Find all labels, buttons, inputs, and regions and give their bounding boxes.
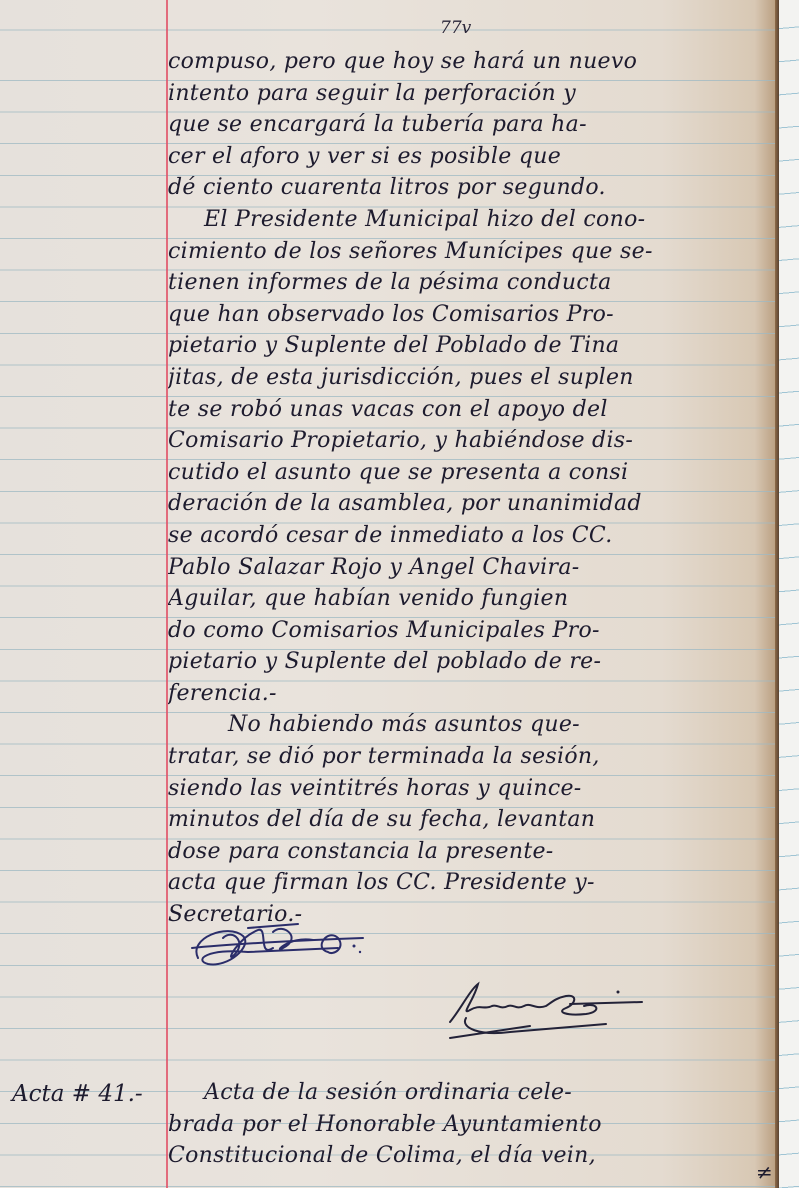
signature-presidente bbox=[188, 918, 378, 974]
text-line: cimiento de los señores Munícipes que se… bbox=[168, 236, 773, 268]
notebook-page: 77v compuso, pero que hoy se hará un nue… bbox=[0, 0, 778, 1188]
paragraph-start-line: El Presidente Municipal hizo del cono- bbox=[168, 204, 773, 236]
text-line: que se encargará la tubería para ha- bbox=[168, 109, 773, 141]
minutes-body: compuso, pero que hoy se hará un nuevo i… bbox=[168, 46, 773, 931]
text-line: te se robó unas vacas con el apoyo del bbox=[168, 394, 773, 426]
text-line: pietario y Suplente del Poblado de Tina bbox=[168, 330, 773, 362]
acta-number-label: Acta # 41.- bbox=[12, 1081, 143, 1107]
text-line: brada por el Honorable Ayuntamiento bbox=[168, 1109, 773, 1141]
text-line: se acordó cesar de inmediato a los CC. bbox=[168, 520, 773, 552]
text-line: minutos del día de su fecha, levantan bbox=[168, 804, 773, 836]
text-line: intento para seguir la perforación y bbox=[168, 78, 773, 110]
text-line: compuso, pero que hoy se hará un nuevo bbox=[168, 46, 773, 78]
text-line: jitas, de esta jurisdicción, pues el sup… bbox=[168, 362, 773, 394]
text-line: cer el aforo y ver si es posible que bbox=[168, 141, 773, 173]
text-line: dé ciento cuarenta litros por segundo. bbox=[168, 172, 773, 204]
paragraph-start-line: No habiendo más asuntos que- bbox=[168, 709, 773, 741]
text-line: siendo las veintitrés horas y quince- bbox=[168, 773, 773, 805]
next-act-text: Acta de la sesión ordinaria cele- brada … bbox=[168, 1077, 773, 1172]
text-line: Constitucional de Colima, el día vein, bbox=[168, 1140, 773, 1172]
text-line: deración de la asamblea, por unanimidad bbox=[168, 488, 773, 520]
text-line: acta que firman los CC. Presidente y- bbox=[168, 867, 773, 899]
signature-secretario bbox=[380, 980, 680, 1040]
text-line: tratar, se dió por terminada la sesión, bbox=[168, 741, 773, 773]
text-line: Pablo Salazar Rojo y Angel Chavira- bbox=[168, 552, 773, 584]
text-line: dose para constancia la presente- bbox=[168, 836, 773, 868]
text-line: cutido el asunto que se presenta a consi bbox=[168, 457, 773, 489]
text-line: Acta de la sesión ordinaria cele- bbox=[168, 1077, 773, 1109]
text-line: que han observado los Comisarios Pro- bbox=[168, 299, 773, 331]
continuation-mark: ≠ bbox=[756, 1160, 773, 1184]
next-page-strip bbox=[779, 0, 799, 1188]
text-line: Aguilar, que habían venido fungien bbox=[168, 583, 773, 615]
text-line: pietario y Suplente del poblado de re- bbox=[168, 646, 773, 678]
text-line: ferencia.- bbox=[168, 678, 773, 710]
page-number: 77v bbox=[440, 18, 471, 38]
text-line: Comisario Propietario, y habiéndose dis- bbox=[168, 425, 773, 457]
text-line: do como Comisarios Municipales Pro- bbox=[168, 615, 773, 647]
text-line: tienen informes de la pésima conducta bbox=[168, 267, 773, 299]
